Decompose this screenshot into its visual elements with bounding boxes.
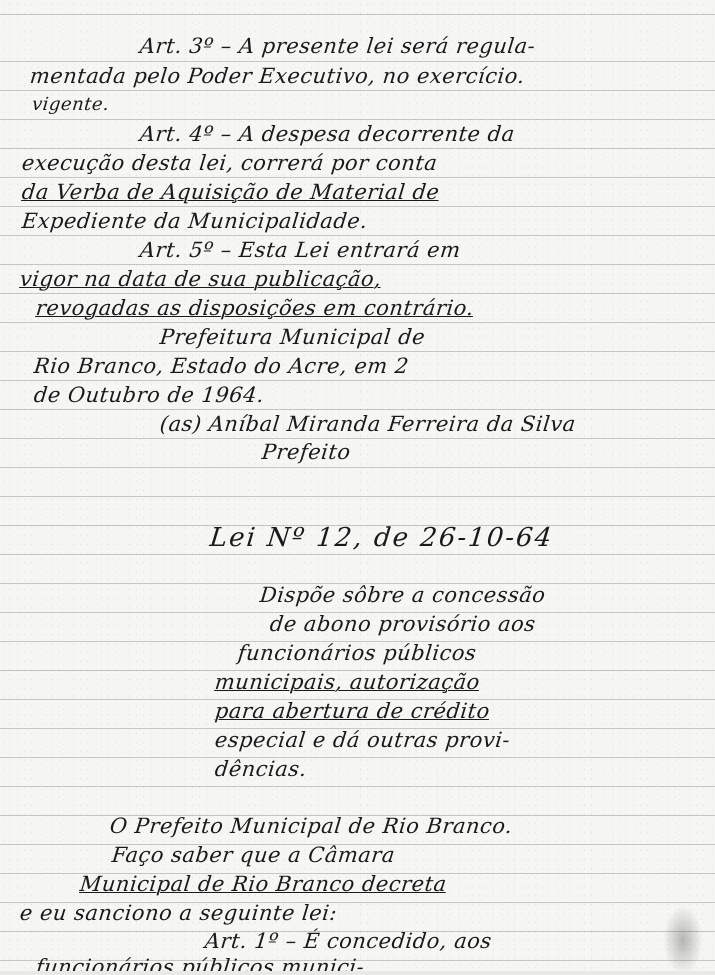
summary-line: municipais, autorização	[214, 670, 481, 694]
summary-line: de abono provisório aos	[269, 612, 537, 636]
text-line: da Verba de Aquisição de Material de	[21, 180, 441, 204]
text-line-art3: Art. 3º – A presente lei será regula-	[139, 34, 537, 58]
summary-line: funcionários públicos	[237, 641, 478, 665]
law-heading: Lei Nº 12, de 26-10-64	[209, 526, 555, 550]
text-line: Expediente da Municipalidade.	[21, 209, 369, 233]
text-line: Municipal de Rio Branco decreta	[79, 872, 448, 896]
text-line: Faço saber que a Câmara	[111, 843, 397, 867]
summary-line: dências.	[214, 757, 308, 781]
text-line: e eu sanciono a seguinte lei:	[19, 901, 339, 925]
text-line: revogadas as disposições em contrário.	[35, 296, 475, 320]
text-line-art4: Art. 4º – A despesa decorrente da	[139, 122, 516, 146]
ink-smudge	[663, 905, 703, 975]
text-line-art1: Art. 1º – É concedido, aos	[204, 929, 493, 953]
text-line: mentada pelo Poder Executivo, no exercíc…	[29, 64, 526, 88]
text-line: vigente.	[31, 93, 111, 117]
text-line: de Outubro de 1964.	[33, 383, 266, 407]
ruled-page: Art. 3º – A presente lei será regula- me…	[0, 0, 715, 975]
page-edge	[0, 971, 715, 975]
signature-title: Prefeito	[261, 440, 352, 464]
text-line: O Prefeito Municipal de Rio Branco.	[109, 814, 514, 838]
summary-line: Dispõe sôbre a concessão	[259, 583, 547, 607]
text-line: Prefeitura Municipal de	[159, 325, 427, 349]
text-line: vigor na data de sua publicação,	[19, 267, 383, 291]
text-line: execução desta lei, correrá por conta	[21, 151, 439, 175]
summary-line: especial e dá outras provi-	[214, 728, 512, 752]
summary-line: para abertura de crédito	[214, 699, 491, 723]
text-line-art5: Art. 5º – Esta Lei entrará em	[139, 238, 462, 262]
text-line: Rio Branco, Estado do Acre, em 2	[33, 354, 410, 378]
signature-line: (as) Aníbal Miranda Ferreira da Silva	[159, 412, 577, 436]
